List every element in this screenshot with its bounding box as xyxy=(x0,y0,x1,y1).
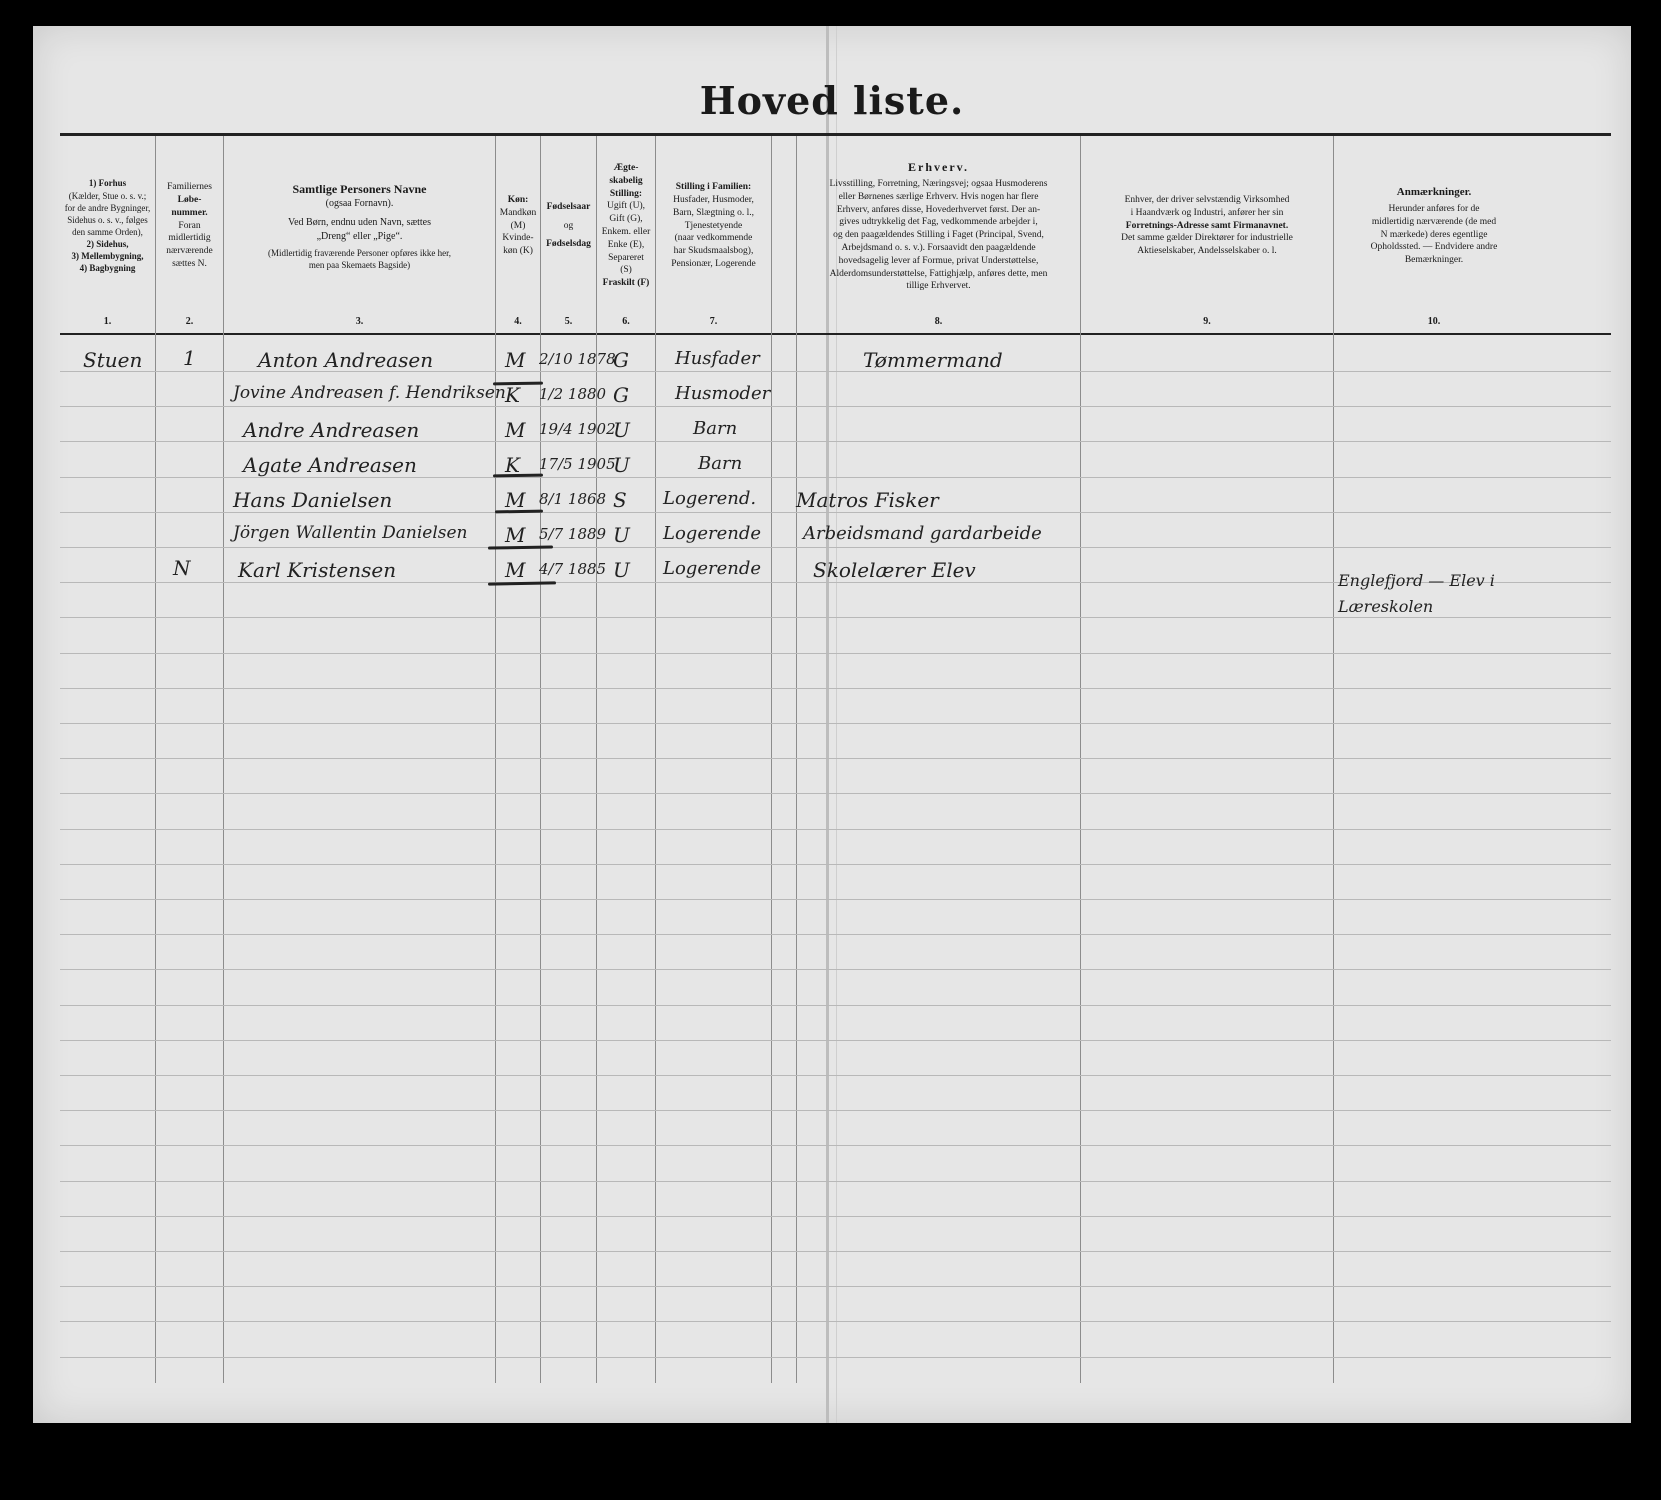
cell-birth: 8/1 1868 xyxy=(539,490,606,508)
header-col-2: Familiernes Løbe- nummer. Foran midlerti… xyxy=(156,141,223,311)
cell-name: Agate Andreasen xyxy=(243,453,417,477)
row-rule xyxy=(60,406,1611,407)
cell-name: Karl Kristensen xyxy=(238,558,396,582)
cell-position: Logerend. xyxy=(663,488,756,509)
cell-position: Barn xyxy=(698,453,742,474)
header-col-5: Fødselsaar og Fødselsdag xyxy=(541,141,596,311)
cell-sex: M xyxy=(505,523,525,547)
row-rule xyxy=(60,969,1611,970)
column-number: 6. xyxy=(597,316,655,327)
sex-mark-underline xyxy=(493,382,543,386)
column-number: 4. xyxy=(496,316,540,327)
column-number: 9. xyxy=(1081,316,1333,327)
cell-position: Logerende xyxy=(663,558,761,579)
cell-marital: G xyxy=(613,348,629,372)
cell-birth: 19/4 1902 xyxy=(539,420,616,438)
column-number: 7. xyxy=(656,316,771,327)
census-form-sheet: Hoved liste. 1) Forhus (Kælder, Stue o. … xyxy=(33,26,1631,1423)
column-number: 3. xyxy=(224,316,495,327)
cell-marital: U xyxy=(613,418,630,442)
cell-birth: 1/2 1880 xyxy=(539,385,606,403)
row-rule xyxy=(60,723,1611,724)
cell-birth: 17/5 1905 xyxy=(539,455,616,473)
header-col-6: Ægte- skabelig Stilling: Ugift (U), Gift… xyxy=(597,141,655,311)
row-rule xyxy=(60,1110,1611,1111)
cell-family-no: 1 xyxy=(183,346,196,370)
cell-name: Jovine Andreasen f. Hendriksen xyxy=(233,383,506,403)
cell-birth: 2/10 1878 xyxy=(539,350,616,368)
cell-marital: U xyxy=(613,453,630,477)
row-rule xyxy=(60,1216,1611,1217)
cell-position: Husmoder xyxy=(675,383,770,404)
cell-position: Logerende xyxy=(663,523,761,544)
cell-family-no: N xyxy=(173,556,191,580)
header-col-4: Køn: Mandkøn (M) Kvinde- køn (K) xyxy=(496,141,540,311)
row-rule xyxy=(60,477,1611,478)
cell-sex: M xyxy=(505,348,525,372)
row-rule xyxy=(60,758,1611,759)
cell-sex: M xyxy=(505,418,525,442)
cell-occupation: Skolelærer Elev xyxy=(813,558,976,582)
sex-mark-underline xyxy=(488,545,553,549)
row-rule xyxy=(60,1005,1611,1006)
cell-occupation: Matros Fisker xyxy=(796,488,939,512)
cell-marital: U xyxy=(613,523,630,547)
cell-birth: 5/7 1889 xyxy=(539,525,606,543)
cell-building: Stuen xyxy=(83,348,142,372)
row-rule xyxy=(60,1181,1611,1182)
row-rule xyxy=(60,1251,1611,1252)
cell-name: Andre Andreasen xyxy=(243,418,419,442)
column-number: 1. xyxy=(60,316,155,327)
row-rule xyxy=(60,1040,1611,1041)
row-rule xyxy=(60,1286,1611,1287)
row-rule xyxy=(60,653,1611,654)
column-divider xyxy=(771,136,772,1383)
cell-position: Barn xyxy=(693,418,737,439)
header-col-9: Enhver, der driver selvstændig Virksomhe… xyxy=(1081,141,1333,311)
cell-occupation: Arbeidsmand gardarbeide xyxy=(803,523,1042,544)
cell-marital: U xyxy=(613,558,630,582)
header-col-10: Anmærkninger. Herunder anføres for de mi… xyxy=(1334,141,1534,311)
cell-name: Anton Andreasen xyxy=(258,348,433,372)
form-title: Hoved liste. xyxy=(33,78,1631,123)
row-rule xyxy=(60,829,1611,830)
column-number: 5. xyxy=(541,316,596,327)
cell-sex: M xyxy=(505,558,525,582)
column-number: 2. xyxy=(156,316,223,327)
cell-name: Jörgen Wallentin Danielsen xyxy=(233,523,468,543)
header-col-3: Samtlige Personers Navne (ogsaa Fornavn)… xyxy=(224,141,495,311)
cell-sex: M xyxy=(505,488,525,512)
row-rule xyxy=(60,547,1611,548)
column-number: 10. xyxy=(1334,316,1534,327)
row-rule xyxy=(60,934,1611,935)
row-rule xyxy=(60,1357,1611,1358)
cell-birth: 4/7 1885 xyxy=(539,560,606,578)
row-rule xyxy=(60,1145,1611,1146)
header-col-8: Erhverv. Livsstilling, Forretning, Nærin… xyxy=(797,141,1080,311)
header-col-7: Stilling i Familien: Husfader, Husmoder,… xyxy=(656,141,771,311)
title-rule xyxy=(60,133,1611,136)
row-rule xyxy=(60,864,1611,865)
cell-sex: K xyxy=(505,383,520,407)
column-number: 8. xyxy=(797,316,1080,327)
cell-remarks: Englefjord — Elev i Læreskolen xyxy=(1338,568,1533,619)
header-rule xyxy=(60,333,1611,335)
sex-mark-underline xyxy=(488,581,556,585)
cell-position: Husfader xyxy=(675,348,760,369)
cell-occupation: Tømmermand xyxy=(863,348,1003,372)
cell-marital: S xyxy=(613,488,627,512)
row-rule xyxy=(60,793,1611,794)
row-rule xyxy=(60,1321,1611,1322)
row-rule xyxy=(60,1075,1611,1076)
cell-marital: G xyxy=(613,383,629,407)
row-rule xyxy=(60,899,1611,900)
row-rule xyxy=(60,688,1611,689)
cell-name: Hans Danielsen xyxy=(233,488,392,512)
header-col-1: 1) Forhus (Kælder, Stue o. s. v.; for de… xyxy=(60,141,155,311)
row-rule xyxy=(60,512,1611,513)
